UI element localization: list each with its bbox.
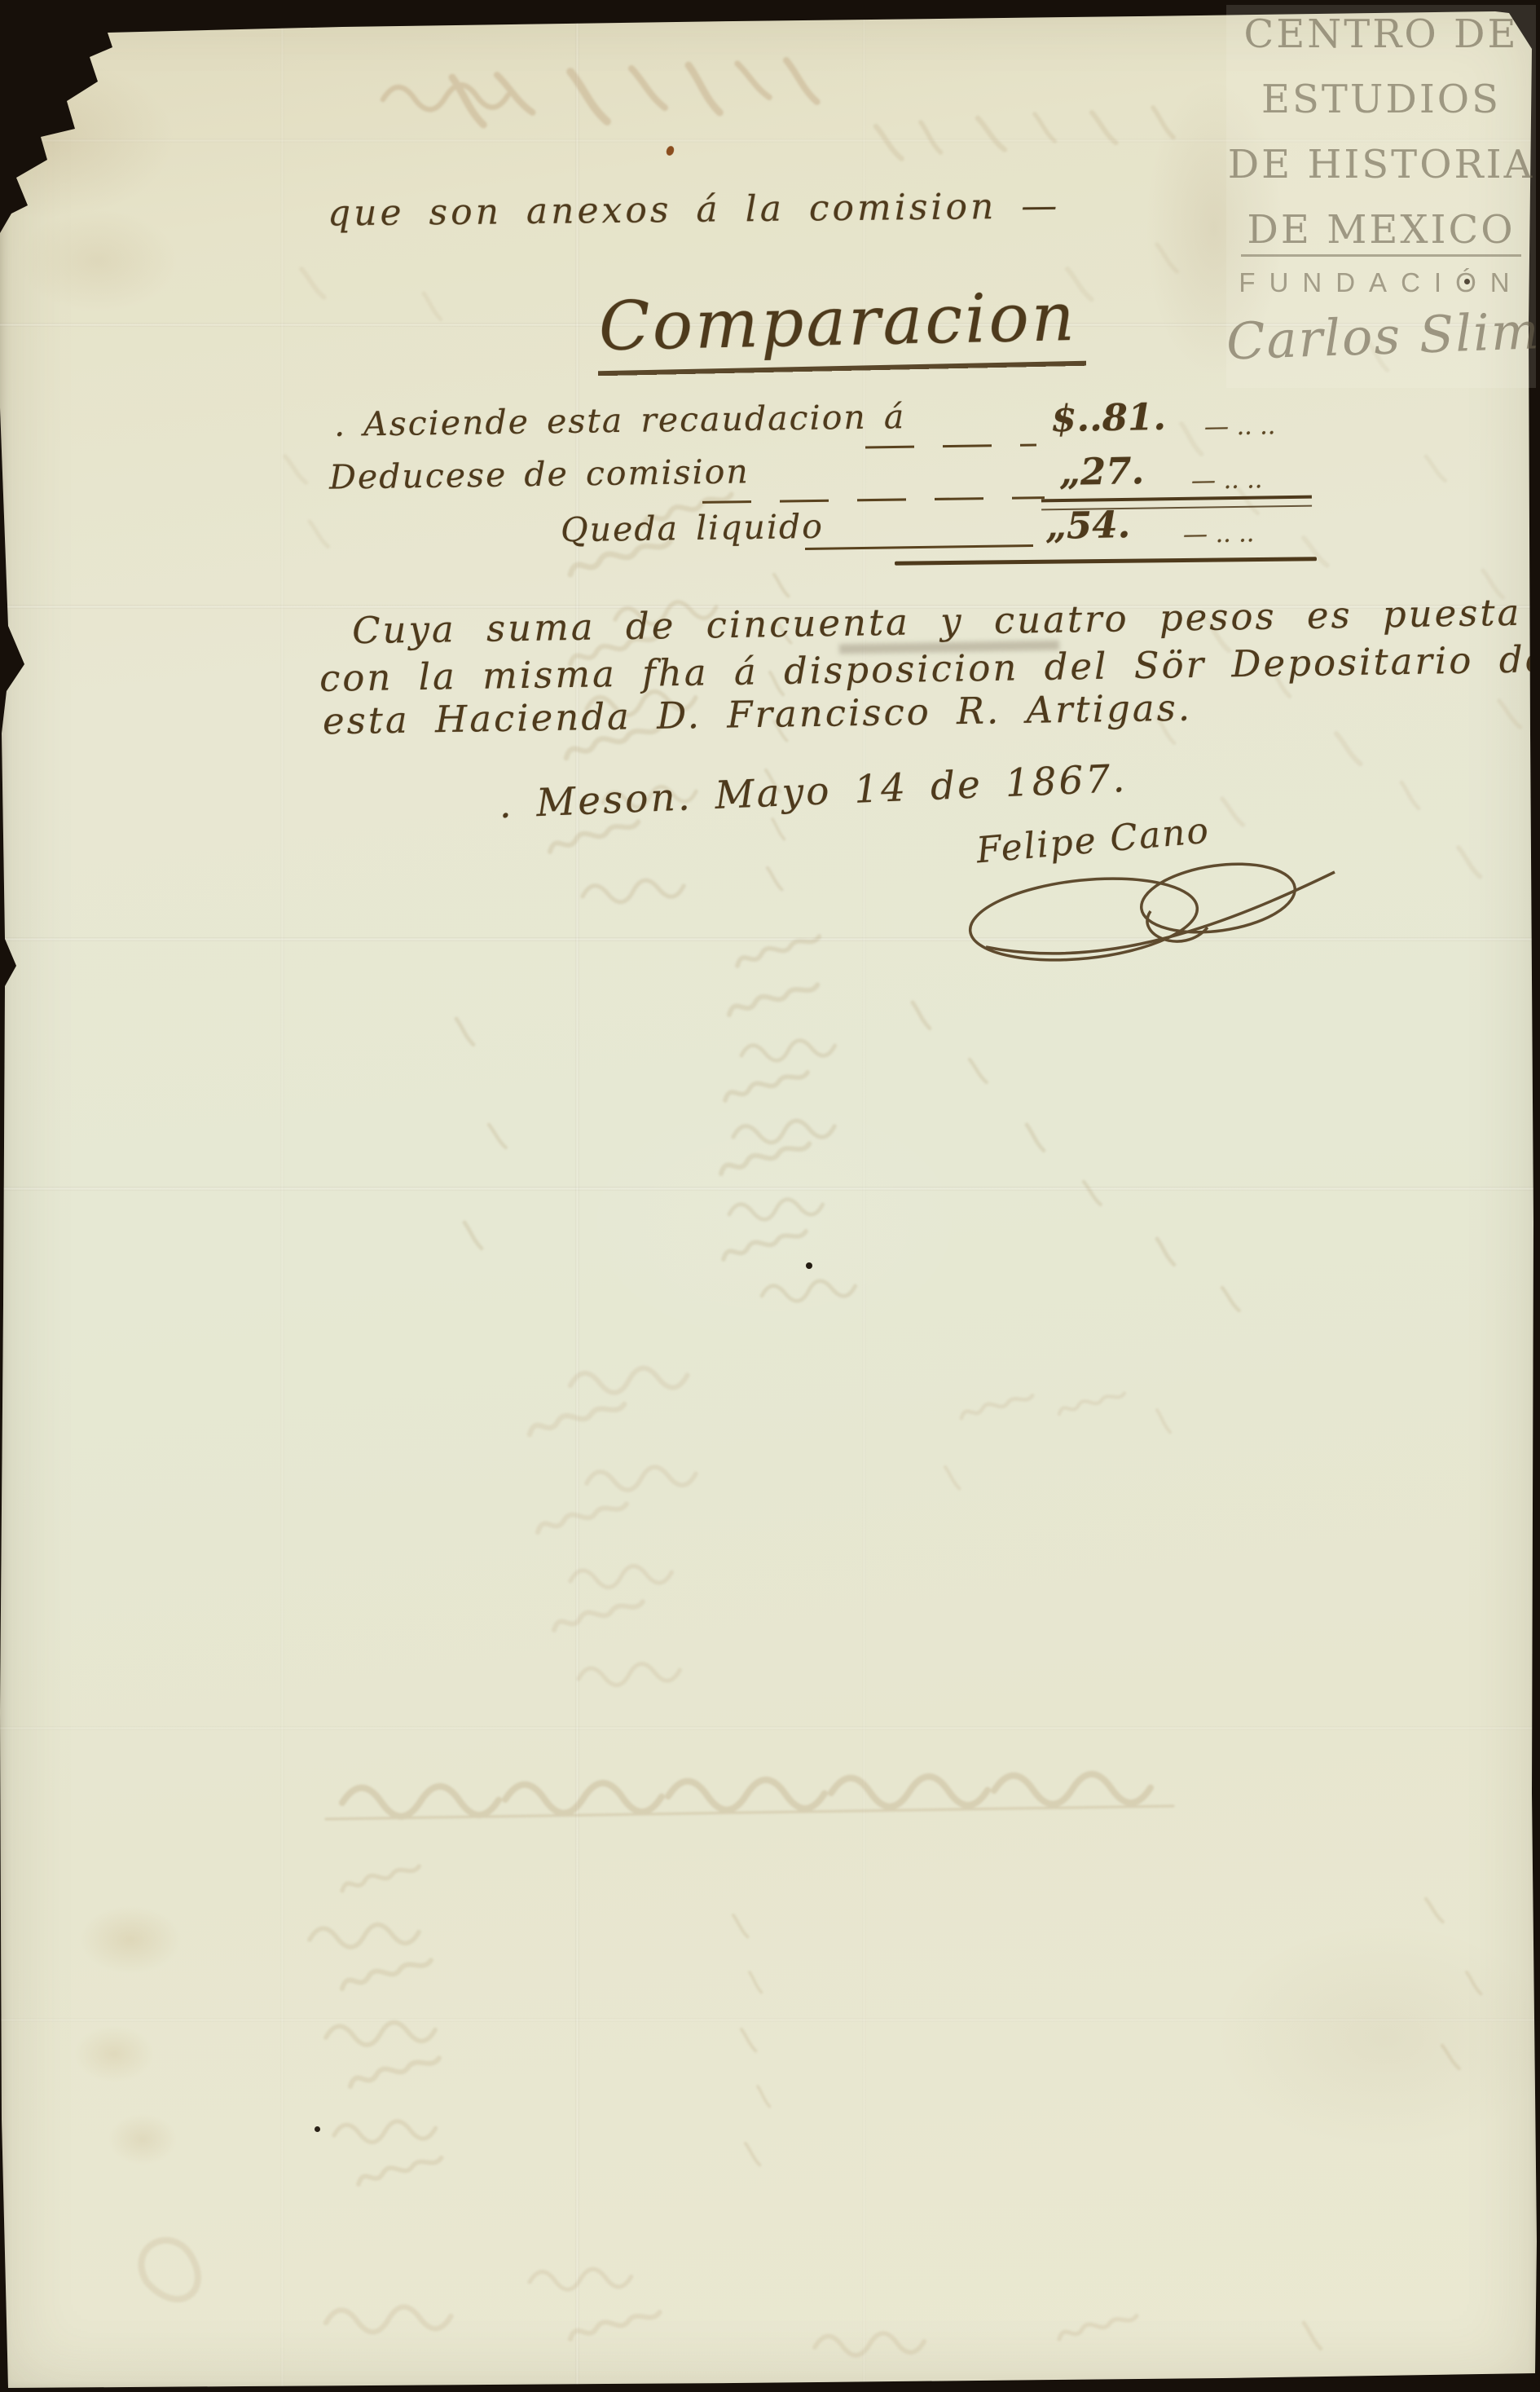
photograph-of-manuscript: que son anexos á la comision — Comparaci… (0, 0, 1540, 2392)
amount-row-label: Queda liquido (561, 507, 825, 550)
watermark-line: DE MEXICO (1226, 207, 1536, 253)
watermark-line: DE HISTORIA (1226, 142, 1536, 187)
amount-row-trail-marks: — .. .. (1204, 412, 1276, 442)
amount-row-label: Deducese de comision (329, 452, 750, 496)
amount-row-value: „54. (1045, 503, 1131, 548)
watermark-divider (1241, 254, 1521, 257)
amount-row-value: „27. (1059, 449, 1145, 494)
amount-row-value: $..81. (1051, 395, 1167, 440)
paper-speck (315, 2126, 320, 2132)
amount-row-trail-marks: — .. .. (1191, 465, 1263, 496)
watermark-carlos-slim-signature: Carlos Slim (1225, 301, 1537, 371)
amount-row-label: . Asciende esta recaudacion á (334, 397, 906, 444)
intro-line: que son anexos á la comision — (328, 185, 1061, 234)
document-title: Comparacion (596, 279, 1086, 377)
watermark-line: ESTUDIOS (1226, 77, 1536, 122)
paper-speck (806, 1262, 812, 1269)
watermark-line: CENTRO DE (1226, 11, 1536, 57)
amount-row-trail-marks: — .. .. (1183, 519, 1255, 549)
signature-rubric-flourish (961, 848, 1353, 994)
archive-watermark: CENTRO DE ESTUDIOS DE HISTORIA DE MEXICO… (1226, 5, 1536, 388)
watermark-foundation-label: FUNDACIÓN (1226, 267, 1536, 298)
